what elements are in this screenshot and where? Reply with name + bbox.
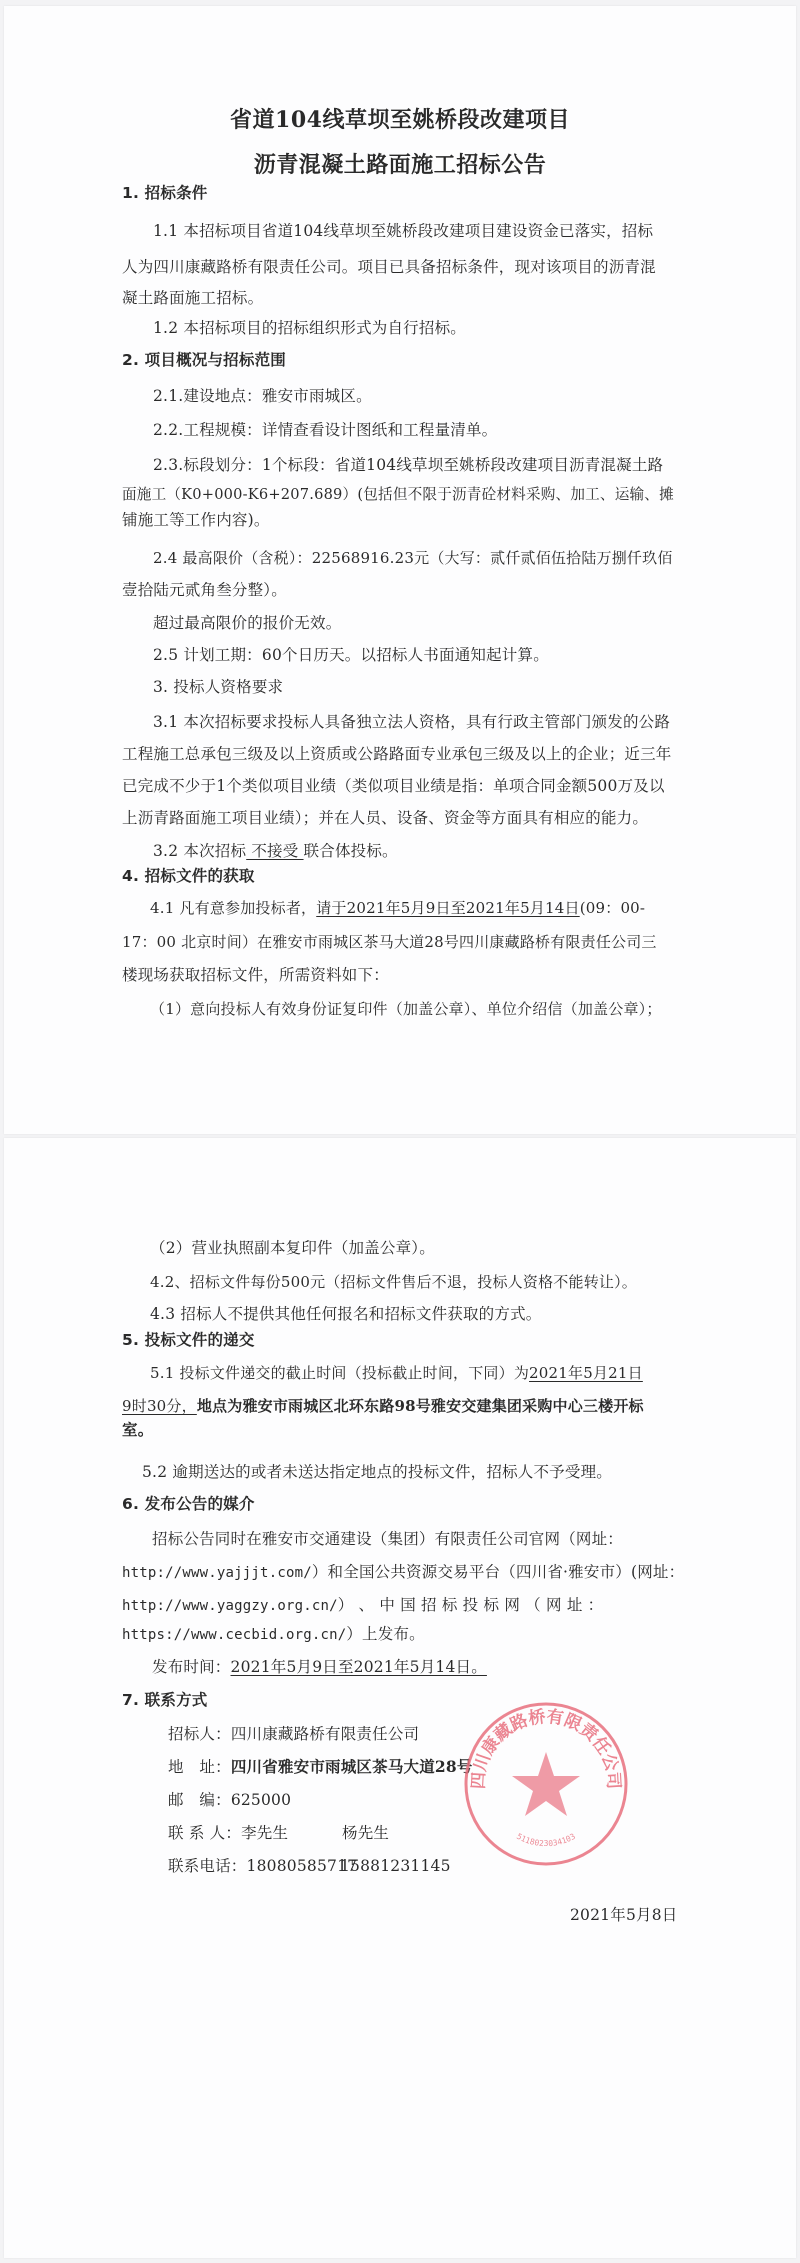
link-cecbid[interactable]: https://www.cecbid.org.cn/: [122, 1627, 346, 1643]
para-2-3-line1: 2.3.标段划分：1个标段：省道104线草坝至姚桥段改建项目沥青混凝土路: [153, 455, 663, 475]
para-5-1-pre: 5.1 投标文件递交的截止时间（投标截止时间，下同）为: [150, 1364, 529, 1382]
para-3-1-line2: 工程施工总承包三级及以上资质或公路路面专业承包三级及以上的企业；近三年: [122, 744, 672, 764]
para-2-4-line1: 2.4 最高限价（含税）：22568916.23元（大写：贰仟贰佰伍拾陆万捌仟玖…: [153, 548, 673, 568]
phone-label: 联系电话：: [168, 1857, 247, 1875]
para-2-4-note: 超过最高限价的报价无效。: [153, 613, 341, 633]
para-6-line2-text: ）和全国公共资源交易平台（四川省·雅安市）(网址：: [312, 1563, 684, 1581]
para-3-1-line1: 3.1 本次招标要求投标人具备独立法人资格，具有行政主管部门颁发的公路: [153, 712, 670, 732]
postcode-row: 邮 编：625000: [168, 1790, 291, 1810]
section-3-heading: 3. 投标人资格要求: [153, 677, 283, 697]
postcode-value: 625000: [231, 1791, 291, 1809]
section-7-heading: 7. 联系方式: [122, 1690, 207, 1710]
section-6-heading: 6. 发布公告的媒介: [122, 1494, 255, 1514]
para-6-line1: 招标公告同时在雅安市交通建设（集团）有限责任公司官网（网址：: [152, 1529, 623, 1549]
para-1-1-line3: 凝土路面施工招标。: [122, 288, 263, 308]
section-4-heading: 4. 招标文件的获取: [122, 866, 255, 886]
para-3-1-line3: 已完成不少于1个类似项目业绩（类似项目业绩是指：单项合同金额500万及以: [122, 776, 665, 796]
contact-row: 联 系 人：李先生: [168, 1823, 288, 1843]
document-title-line2: 沥青混凝土路面施工招标公告: [0, 148, 800, 179]
para-2-4-line2: 壹拾陆元贰角叁分整）。: [122, 580, 287, 600]
publish-time-value: 2021年5月9日至2021年5月14日。: [231, 1658, 487, 1676]
deadline-date: 2021年5月21日: [529, 1364, 643, 1382]
para-4-1-line3: 楼现场获取招标文件，所需资料如下：: [122, 965, 389, 985]
address-value: 四川省雅安市雨城区茶马大道28号: [231, 1757, 473, 1776]
phone-2: 15881231145: [340, 1856, 451, 1876]
para-3-2-post: 联合体投标。: [304, 842, 398, 860]
para-5-2: 5.2 逾期送达的或者未送达指定地点的投标文件，招标人不予受理。: [142, 1462, 612, 1482]
para-4-1-post: (09：00-: [580, 899, 646, 917]
para-3-2: 3.2 本次招标 不接受 联合体投标。: [153, 841, 398, 861]
contact-person-2: 杨先生: [342, 1823, 389, 1843]
tenderer-label: 招标人：: [168, 1725, 231, 1743]
address-row: 地 址：四川省雅安市雨城区茶马大道28号: [168, 1757, 473, 1777]
para-1-2: 1.2 本招标项目的招标组织形式为自行招标。: [153, 318, 466, 338]
para-1-1-line2: 人为四川康藏路桥有限责任公司。项目已具备招标条件，现对该项目的沥青混: [122, 257, 656, 277]
para-4-1-pre: 4.1 凡有意参加投标者，: [150, 899, 316, 917]
para-5-1-line1: 5.1 投标文件递交的截止时间（投标截止时间，下同）为2021年5月21日: [150, 1363, 643, 1383]
tenderer-row: 招标人：四川康藏路桥有限责任公司: [168, 1724, 419, 1744]
para-2-1: 2.1.建设地点：雅安市雨城区。: [153, 386, 372, 406]
publish-time-label: 发布时间：: [152, 1658, 231, 1676]
company-seal-icon: 四川康藏路桥有限责任公司 5118023034103: [462, 1700, 630, 1868]
document-date: 2021年5月8日: [570, 1905, 677, 1925]
para-3-2-pre: 3.2 本次招标: [153, 842, 246, 860]
svg-text:5118023034103: 5118023034103: [515, 1832, 577, 1849]
requirement-item-1: （1）意向投标人有效身份证复印件（加盖公章）、单位介绍信（加盖公章）；: [150, 999, 662, 1019]
para-6-line3: http://www.yaggzy.org.cn/） 、 中 国 招 标 投 标…: [122, 1595, 603, 1616]
para-4-2: 4.2、招标文件每份500元（招标文件售后不退，投标人资格不能转让）。: [150, 1272, 637, 1292]
para-5-1-line3: 室。: [122, 1420, 153, 1440]
para-2-3-line3: 铺施工等工作内容)。: [122, 510, 270, 530]
not-accepted-text: 不接受: [246, 842, 303, 860]
requirement-item-2: （2）营业执照副本复印件（加盖公章）。: [150, 1238, 435, 1258]
para-6-line4-text: ）上发布。: [346, 1625, 425, 1643]
phone-row: 联系电话：18080585717: [168, 1856, 357, 1876]
address-label: 地 址：: [168, 1758, 231, 1776]
link-yaggzy[interactable]: http://www.yaggzy.org.cn/: [122, 1598, 338, 1614]
para-2-2: 2.2.工程规模：详情查看设计图纸和工程量清单。: [153, 420, 497, 440]
para-6-line2: http://www.yajjjt.com/）和全国公共资源交易平台（四川省·雅…: [122, 1562, 684, 1583]
para-6-line3-text: ） 、 中 国 招 标 投 标 网 （ 网 址 ：: [338, 1596, 604, 1614]
para-2-3-line2: 面施工（K0+000-K6+207.689）(包括但不限于沥青砼材料采购、加工、…: [122, 485, 674, 505]
para-6-line4: https://www.cecbid.org.cn/）上发布。: [122, 1624, 425, 1645]
para-3-1-line4: 上沥青路面施工项目业绩）；并在人员、设备、资金等方面具有相应的能力。: [122, 808, 648, 828]
publish-time: 发布时间：2021年5月9日至2021年5月14日。: [152, 1657, 487, 1677]
document-title-line1: 省道104线草坝至姚桥段改建项目: [0, 103, 800, 134]
link-yajjjt[interactable]: http://www.yajjjt.com/: [122, 1565, 312, 1581]
para-4-1-line1: 4.1 凡有意参加投标者，请于2021年5月9日至2021年5月14日(09：0…: [150, 898, 645, 918]
deadline-time: 9时30分，: [122, 1397, 197, 1415]
section-2-heading: 2. 项目概况与招标范围: [122, 350, 286, 370]
para-4-1-line2: 17：00 北京时间）在雅安市雨城区茶马大道28号四川康藏路桥有限责任公司三: [122, 932, 657, 952]
section-5-heading: 5. 投标文件的递交: [122, 1330, 255, 1350]
tenderer-value: 四川康藏路桥有限责任公司: [231, 1725, 419, 1743]
postcode-label: 邮 编：: [168, 1791, 231, 1809]
obtain-period: 请于2021年5月9日至2021年5月14日: [316, 899, 579, 917]
para-1-1-line1: 1.1 本招标项目省道104线草坝至姚桥段改建项目建设资金已落实，招标: [153, 221, 653, 241]
venue-text: 地点为雅安市雨城区北环东路98号雅安交建集团采购中心三楼开标: [197, 1397, 644, 1415]
para-4-3: 4.3 招标人不提供其他任何报名和招标文件获取的方式。: [150, 1304, 541, 1324]
para-2-5: 2.5 计划工期：60个日历天。以招标人书面通知起计算。: [153, 645, 549, 665]
contact-label: 联 系 人：: [168, 1824, 241, 1842]
para-5-1-line2: 9时30分，地点为雅安市雨城区北环东路98号雅安交建集团采购中心三楼开标: [122, 1396, 644, 1416]
contact-person-1: 李先生: [241, 1824, 288, 1842]
section-1-heading: 1. 招标条件: [122, 183, 207, 203]
